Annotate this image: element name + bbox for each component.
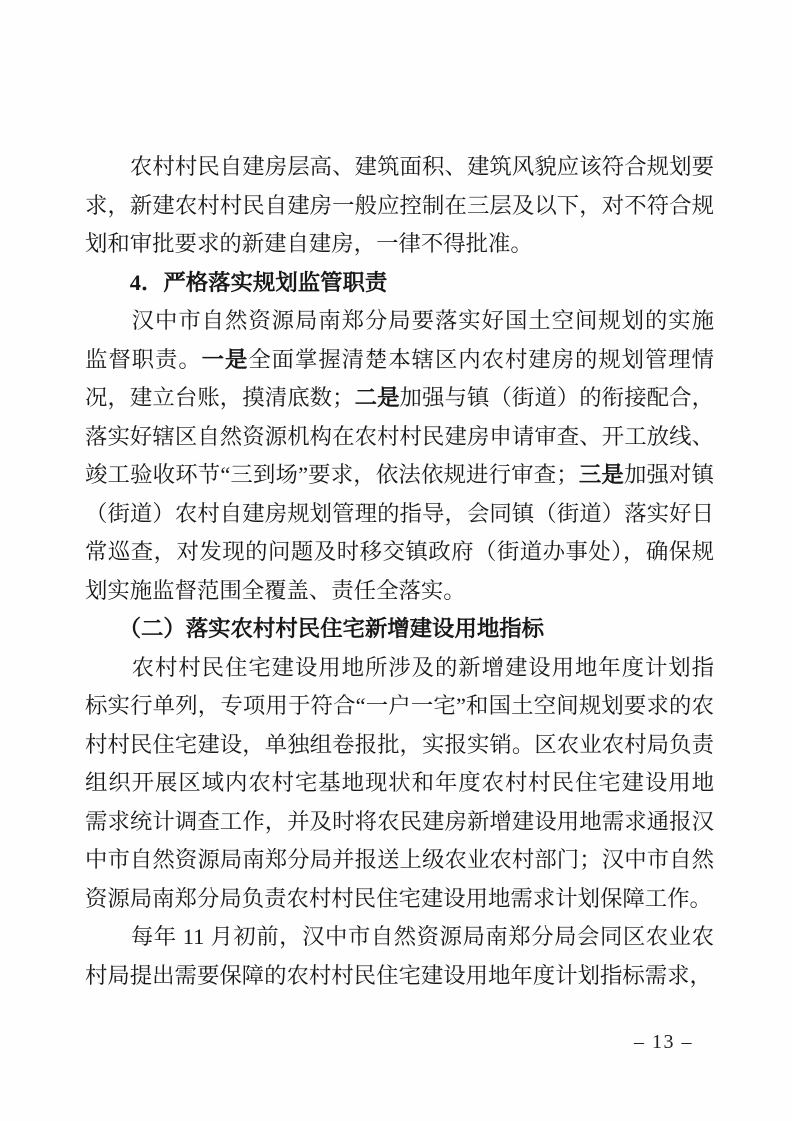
heading-line: 4．严格落实规划监管职责: [85, 264, 714, 303]
body-text: 需求统计调查工作，并及时将农民建房新增建设用地需求通报汉: [85, 809, 714, 834]
body-text: 每年 11 月初前，汉中市自然资源局南郑分局会同区农业农: [85, 924, 714, 949]
text-line: 村局提出需要保障的农村村民住宅建设用地年度计划指标需求，: [85, 957, 714, 996]
text-line: 况，建立台账，摸清底数；二是加强与镇（街道）的衔接配合，: [85, 379, 714, 418]
body-text: 划实施监督范围全覆盖、责任全落实。: [85, 578, 466, 603]
emphasis-text: 一是: [202, 347, 249, 372]
body-text: 落实好辖区自然资源机构在农村村民建房申请审查、开工放线、: [85, 424, 714, 449]
body-text: （街道）农村自建房规划管理的指导，会同镇（街道）落实好日: [85, 501, 714, 526]
text-line: 划和审批要求的新建自建房，一律不得批准。: [85, 225, 714, 264]
body-text: 求，新建农村村民自建房一般应控制在三层及以下，对不符合规: [85, 193, 714, 218]
emphasis-text: 4．严格落实规划监管职责: [85, 270, 387, 295]
body-text: 组织开展区域内农村宅基地现状和年度农村村民住宅建设用地: [85, 770, 714, 795]
page-number: – 13 –: [634, 1031, 693, 1054]
text-line: 常巡查，对发现的问题及时移交镇政府（街道办事处），确保规: [85, 533, 714, 572]
body-text: 村村民住宅建设，单独组卷报批，实报实销。区农业农村局负责: [85, 732, 714, 757]
body-text: 中市自然资源局南郑分局并报送上级农业农村部门；汉中市自然: [85, 847, 714, 872]
emphasis-text: 三是: [579, 462, 624, 487]
text-line: （街道）农村自建房规划管理的指导，会同镇（街道）落实好日: [85, 495, 714, 534]
body-text: 竣工验收环节“三到场”要求，依法依规进行审查；: [85, 462, 579, 487]
document-body: 农村村民自建房层高、建筑面积、建筑风貌应该符合规划要求，新建农村村民自建房一般应…: [85, 148, 714, 995]
emphasis-text: 二是: [355, 385, 400, 410]
text-line: 求，新建农村村民自建房一般应控制在三层及以下，对不符合规: [85, 187, 714, 226]
body-text: 标实行单列，专项用于符合“一户一宅”和国土空间规划要求的农: [85, 693, 714, 718]
body-text: 划和审批要求的新建自建房，一律不得批准。: [85, 231, 533, 256]
text-line: 汉中市自然资源局南郑分局要落实好国土空间规划的实施: [85, 302, 714, 341]
text-line: 农村村民住宅建设用地所涉及的新增建设用地年度计划指: [85, 649, 714, 688]
text-line: 划实施监督范围全覆盖、责任全落实。: [85, 572, 714, 611]
emphasis-text: （二）落实农村村民住宅新增建设用地指标: [85, 616, 544, 641]
body-text: 全面掌握清楚本辖区内农村建房的规划管理情: [248, 347, 714, 372]
text-line: 组织开展区域内农村宅基地现状和年度农村村民住宅建设用地: [85, 764, 714, 803]
body-text: 资源局南郑分局负责农村村民住宅建设用地需求计划保障工作。: [85, 886, 712, 911]
text-line: 资源局南郑分局负责农村村民住宅建设用地需求计划保障工作。: [85, 880, 714, 919]
body-text: 况，建立台账，摸清底数；: [85, 385, 355, 410]
document-page: 农村村民自建房层高、建筑面积、建筑风貌应该符合规划要求，新建农村村民自建房一般应…: [0, 0, 792, 1121]
text-line: 每年 11 月初前，汉中市自然资源局南郑分局会同区农业农: [85, 918, 714, 957]
body-text: 村局提出需要保障的农村村民住宅建设用地年度计划指标需求，: [85, 963, 712, 988]
body-text: 加强对镇: [624, 462, 714, 487]
body-text: 监督职责。: [85, 347, 202, 372]
text-line: 监督职责。一是全面掌握清楚本辖区内农村建房的规划管理情: [85, 341, 714, 380]
text-line: 竣工验收环节“三到场”要求，依法依规进行审查；三是加强对镇: [85, 456, 714, 495]
text-line: 需求统计调查工作，并及时将农民建房新增建设用地需求通报汉: [85, 803, 714, 842]
text-line: 落实好辖区自然资源机构在农村村民建房申请审查、开工放线、: [85, 418, 714, 457]
body-text: 加强与镇（街道）的衔接配合，: [400, 385, 714, 410]
body-text: 农村村民住宅建设用地所涉及的新增建设用地年度计划指: [85, 655, 714, 680]
body-text: 常巡查，对发现的问题及时移交镇政府（街道办事处），确保规: [85, 539, 714, 564]
text-line: 标实行单列，专项用于符合“一户一宅”和国土空间规划要求的农: [85, 687, 714, 726]
text-line: 农村村民自建房层高、建筑面积、建筑风貌应该符合规划要: [85, 148, 714, 187]
heading-line: （二）落实农村村民住宅新增建设用地指标: [85, 610, 714, 649]
body-text: 农村村民自建房层高、建筑面积、建筑风貌应该符合规划要: [85, 154, 714, 179]
body-text: 汉中市自然资源局南郑分局要落实好国土空间规划的实施: [85, 308, 714, 333]
text-line: 村村民住宅建设，单独组卷报批，实报实销。区农业农村局负责: [85, 726, 714, 765]
text-line: 中市自然资源局南郑分局并报送上级农业农村部门；汉中市自然: [85, 841, 714, 880]
